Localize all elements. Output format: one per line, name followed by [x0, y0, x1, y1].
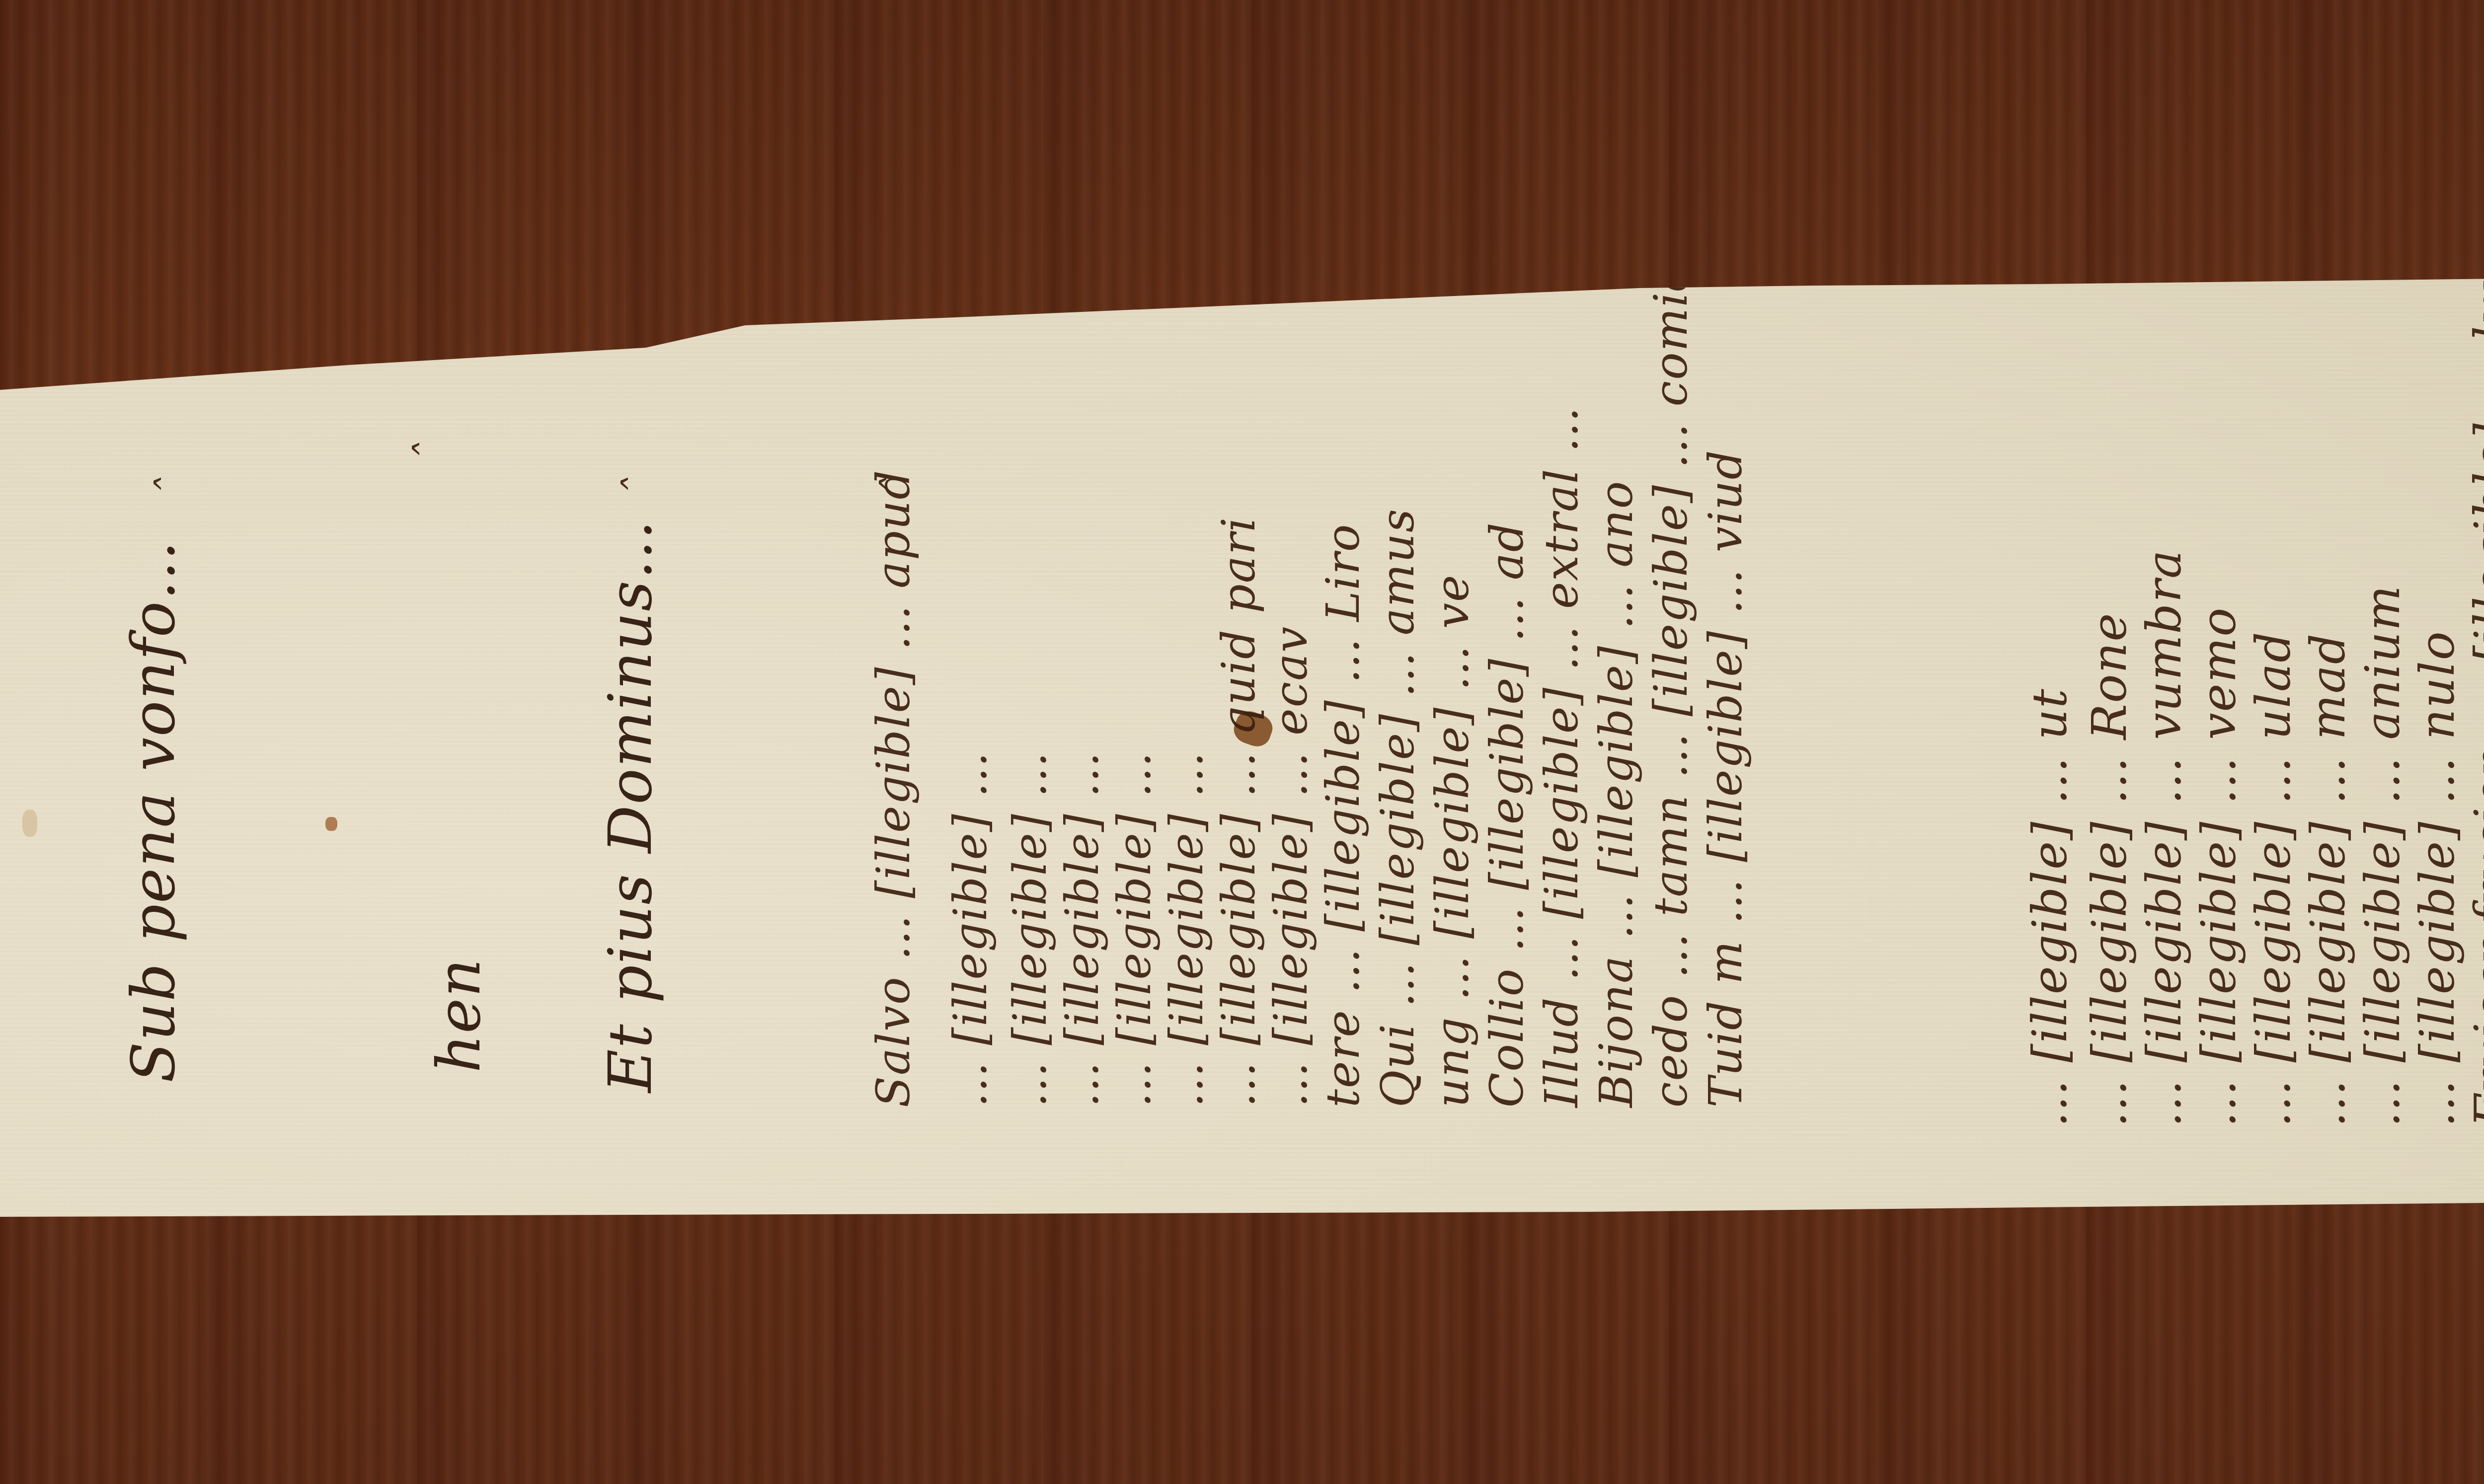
right-line: … [illegible] … anium	[2355, 585, 2410, 1127]
middle-line: ung … [illegible] … ve	[1426, 574, 1479, 1108]
right-line: … [illegible] … ulad	[2246, 631, 2301, 1127]
margin-note-sub-pena: Sub pena vonfo…	[119, 540, 188, 1083]
middle-line: Qui … [illegible] … amus	[1371, 508, 1424, 1108]
middle-line: Illud … [illegible] … extral …	[1535, 406, 1588, 1108]
faint-spot-stain	[22, 810, 37, 837]
middle-line: cedo … tamn … [illegible] … comid	[1644, 261, 1698, 1108]
middle-line: … [illegible] …	[1108, 751, 1161, 1108]
margin-mark: ˆ	[616, 476, 662, 497]
margin-note-et-pius: Et pius Dominus…	[596, 519, 665, 1093]
middle-line: … [illegible] …	[1004, 751, 1057, 1108]
middle-line: tere … [illegible] … Liro	[1317, 523, 1370, 1108]
margin-note-hen: hen	[425, 958, 494, 1073]
middle-line: … [illegible] … ecav	[1264, 626, 1318, 1108]
middle-line: … [illegible] …	[1056, 751, 1109, 1108]
margin-mark: ˆ	[149, 476, 195, 497]
middle-line: … [illegible] …	[1160, 751, 1213, 1108]
right-line: … [illegible] … vumbra	[2136, 549, 2192, 1127]
small-spot-stain	[325, 817, 337, 831]
middle-line: … [illegible] …	[944, 751, 997, 1108]
middle-line: Bijona … [illegible] … ano	[1590, 480, 1643, 1108]
margin-mark: ˆ	[407, 441, 454, 462]
middle-line: … [illegible] … quid pari	[1212, 517, 1265, 1108]
right-line: … [illegible] … vemo	[2191, 607, 2247, 1127]
middle-line: Collio … [illegible] … ad	[1480, 521, 1534, 1108]
middle-line: Tuid m … [illegible] … viud	[1699, 449, 1752, 1108]
right-line: … [illegible] … nulo	[2409, 630, 2465, 1127]
right-line: … [illegible] … Rone	[2082, 612, 2137, 1127]
right-line: Fruicar frucion … [illegible] … lumi	[2464, 231, 2484, 1127]
right-line: … [illegible] … ut	[2022, 688, 2078, 1127]
middle-line: Salvo … [illegible] … apud	[867, 469, 920, 1108]
right-line: … [illegible] … mad	[2300, 633, 2356, 1127]
